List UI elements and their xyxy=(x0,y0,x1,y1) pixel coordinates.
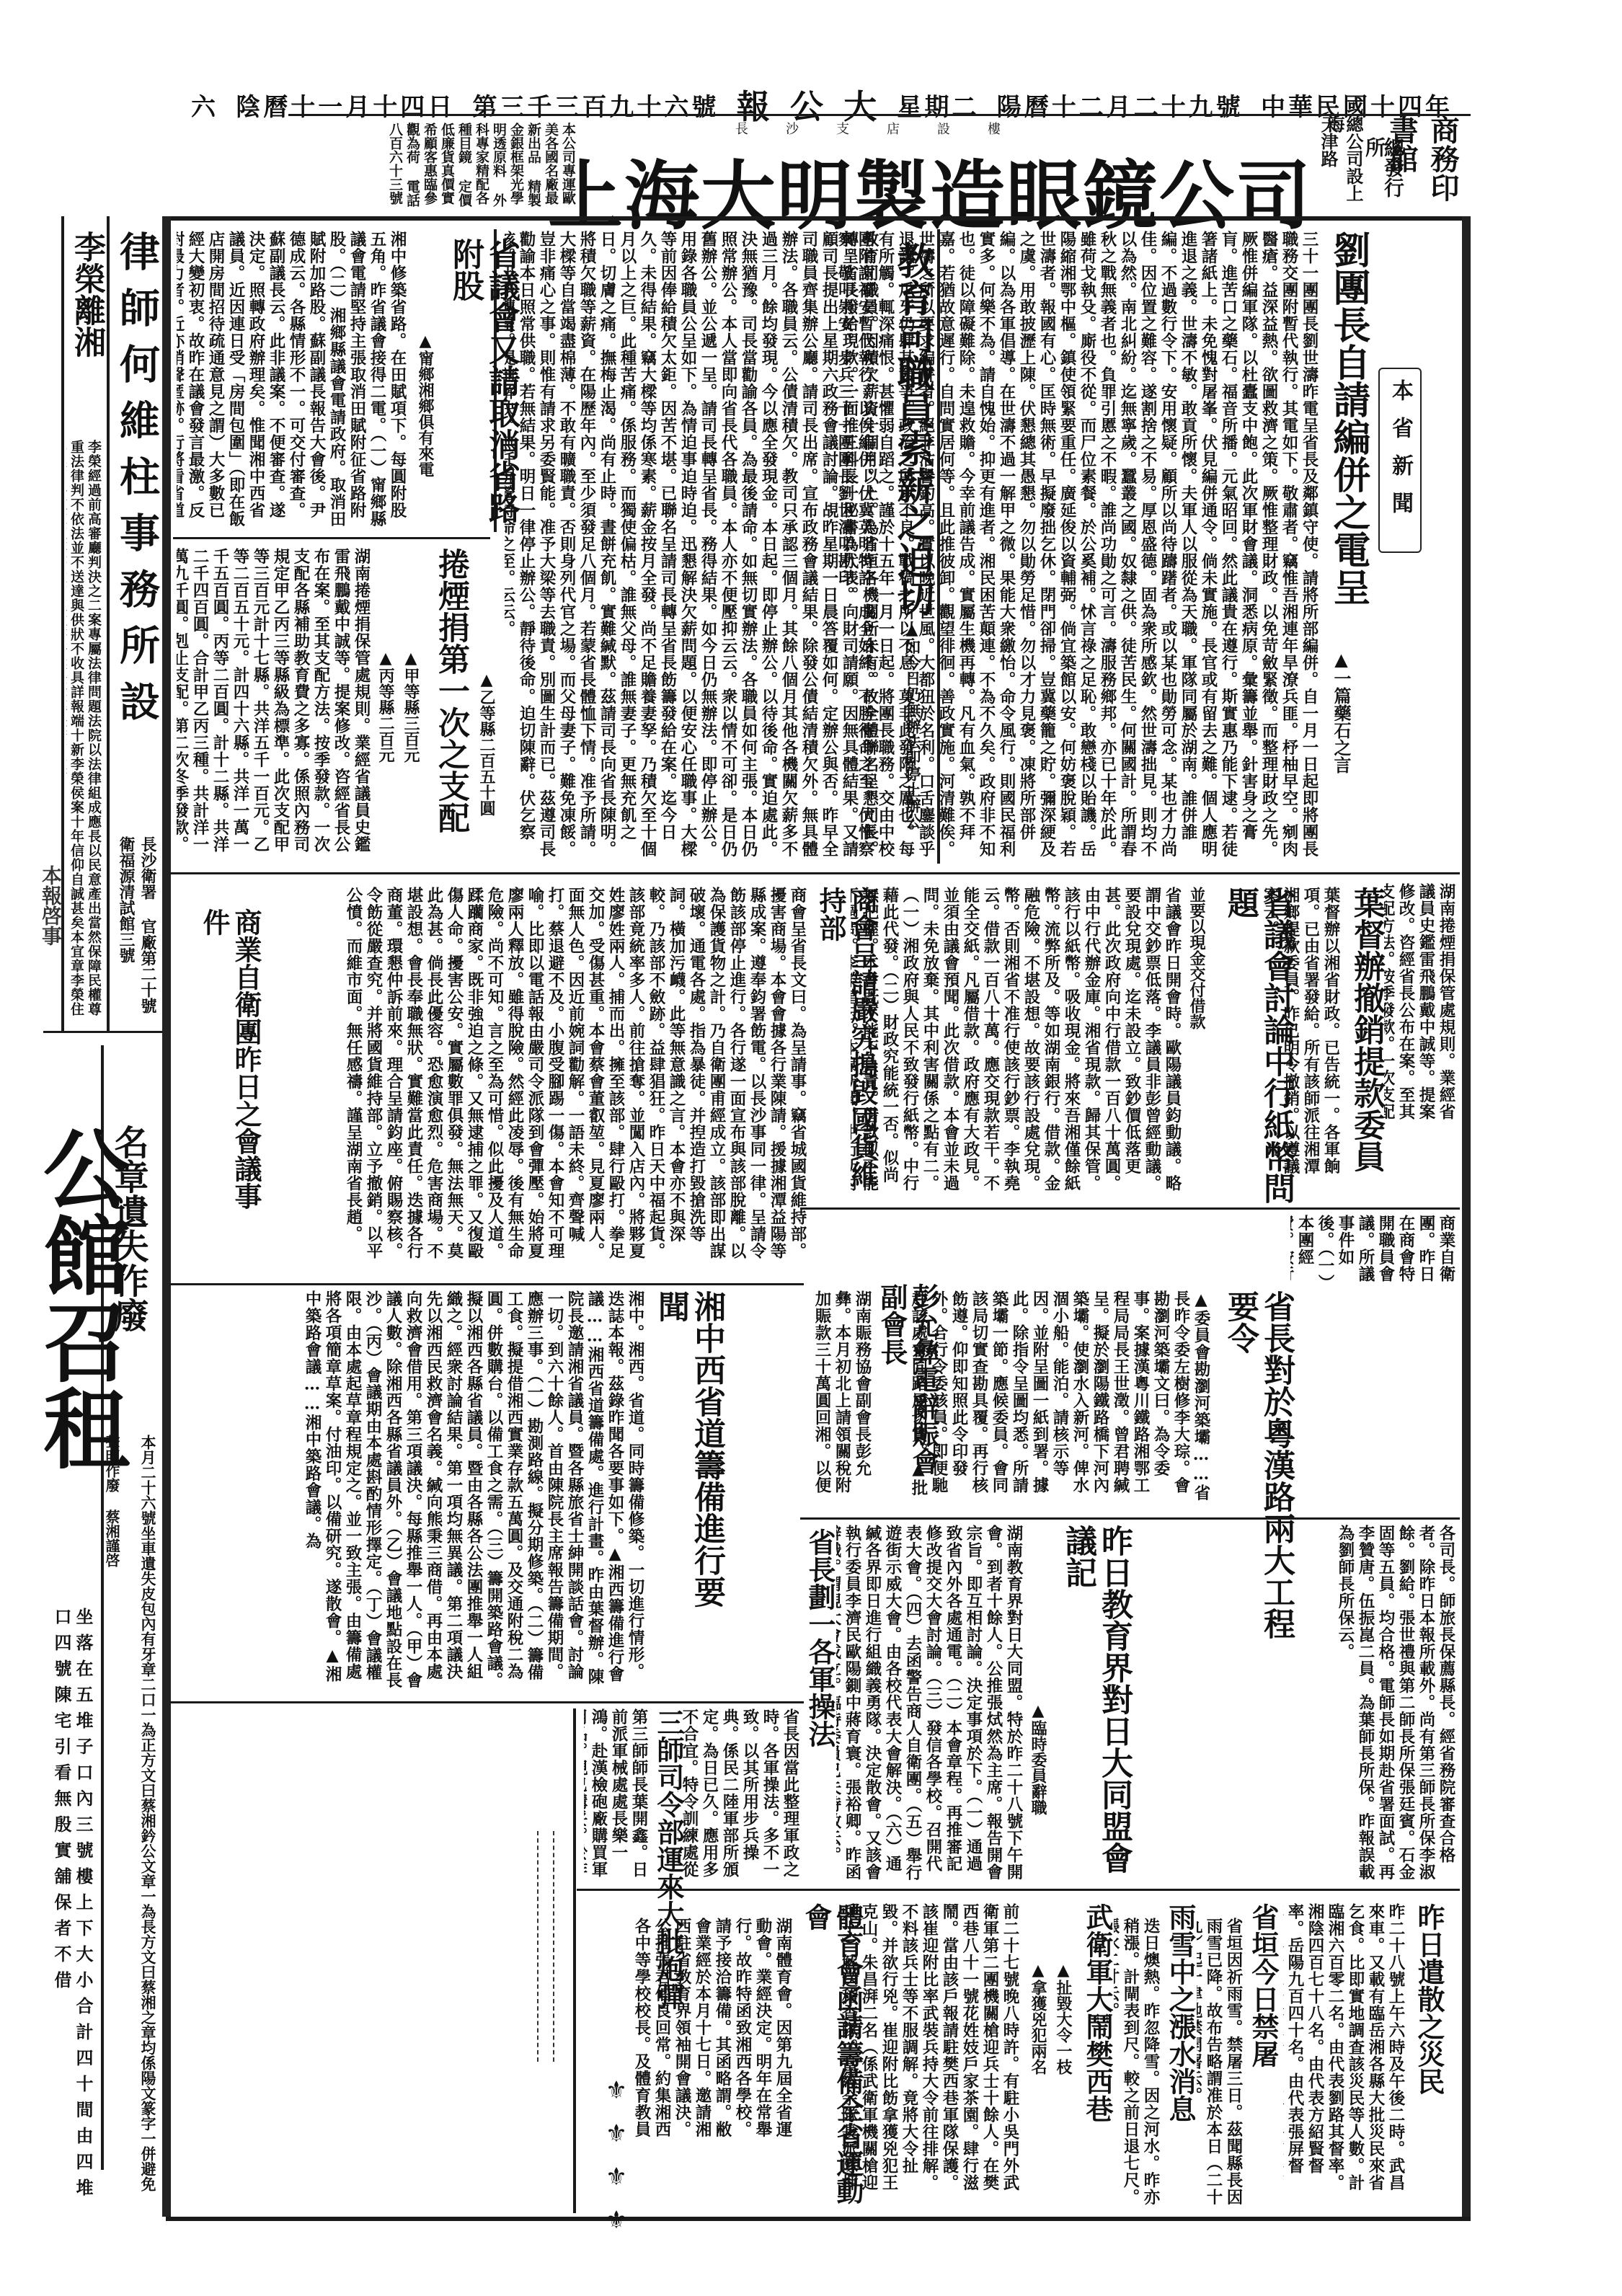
hall-rent-title: 公館召租 xyxy=(32,1125,126,1600)
masthead-rule xyxy=(288,114,1471,116)
article-body: 省長因當此整理軍政之時。各軍操法。多不一致。以其所用步兵操典。係民二陸軍部所頒定… xyxy=(678,1708,800,1881)
li-notice-title: 李榮離湘 xyxy=(68,231,105,433)
article-body-continued: 湖南捲煙捐保管處規則。業經省議員史鑑雷飛鵬戴中誠等。提案修改。咨經省長公布在案。… xyxy=(1384,883,1456,1132)
article-divider xyxy=(173,537,490,539)
lawyer-ad-title: 律師何維柱事務所設 xyxy=(115,231,159,829)
article-subhead: ▲臨時委員辭職 xyxy=(1027,1701,1049,1845)
optical-ad-address-strip: 長沙支店設樓 xyxy=(735,119,1038,138)
article-body: 前二十七號晚八時許。有駐小吳門外武衛軍第二團機關槍迎兵士十餘人。在樊西巷八十一號… xyxy=(840,1903,1020,2206)
lawyer-ad-detail: 衛福源清試館三號 xyxy=(115,836,137,1024)
row-divider xyxy=(169,1701,804,1703)
article-subhead: 並要以現金交付借款 xyxy=(1186,887,1207,1103)
masthead-issue-number: 第三千三百九十六號 xyxy=(473,87,719,123)
left-ad-divider-2 xyxy=(107,216,110,1031)
article-subhead: ▲如今日仍無辦法即停止辦公 xyxy=(901,620,923,865)
article-headline: 昨日遣散之災民 xyxy=(1413,1903,1445,2163)
article-body: 商業自衛團。昨日在商會特開職員會議。所議事件如後。（一）本團經費。按行業之大小分… xyxy=(1290,1215,1456,1294)
article-body: 湖南教育界對日大同盟。特於昨二十八號下午開會。到者十餘人。公推張烒然為主席。報告… xyxy=(836,1525,1024,1885)
left-ad-hrule xyxy=(43,1031,162,1033)
article-subhead-c: ▲丙等縣二百元 xyxy=(375,649,396,793)
article-headline: 省議會又請取消省路附股 xyxy=(447,238,519,541)
column-divider xyxy=(573,1708,576,2213)
masthead-lunar-date: 陰曆十一月十四日 xyxy=(236,87,455,123)
article-subhead-a: ▲扯毀大令一枝 xyxy=(1052,1961,1074,2105)
optical-ad-title: 上海大明製造眼鏡公司 xyxy=(591,136,1312,244)
hall-rent-body: 坐落在五堆子口內三號樓上下大小合計四十間由四堆口四號陳宅引看無殷實舖保者不借 xyxy=(29,1608,94,2213)
row-divider xyxy=(577,1889,1460,1891)
article-body: 迭日燠熱。昨忽降雪。因之河水。昨亦稍漲。計閘表到尺。較之前日退七尺。漲水二寸云。 xyxy=(1114,1918,1161,2206)
article-body: 省垣因祈雨雪。禁屠三日。茲聞縣長因雨雪已降。故布告略謂准於本日（二十九）起一律弛… xyxy=(1197,1918,1244,2206)
li-notice-body: 李榮經過前高審廳判決之二案專屬法律問題法院以法律組成應長以民意產出當然保障民權尊… xyxy=(66,440,102,1016)
article-body: 第三師師長葉開鑫。日前派軍械處處長樂一鴻。赴漢檢砲廠購買軍用品。現已購妥。於昨日… xyxy=(584,1708,649,1881)
article-body xyxy=(177,1723,472,2177)
article-divider xyxy=(800,1207,1460,1210)
optical-ad-copy: 本公司專運歐美各國名廠最新出品 精製金銀框架光學明透原料 外科專家精配各種目鏡 … xyxy=(187,123,577,216)
left-ad-divider xyxy=(162,216,171,2217)
article-subhead: ▲一篇藥石之言 xyxy=(1330,649,1352,836)
article-subhead-b: ▲拿獲兇犯兩名 xyxy=(1027,1961,1049,2105)
right-frame-rule xyxy=(1462,216,1471,2217)
article-headline: 教育司職員索薪之迫切 xyxy=(890,241,934,645)
article-headline: 葉督辦撤銷提款委員 xyxy=(1348,887,1384,1189)
article-subhead-b: ▲乙等縣二百五十圓 xyxy=(476,670,497,858)
bureau-ad-subtitle: 總發行所 xyxy=(1365,137,1402,202)
article-headline: 省議會討論中行紙幣問題 xyxy=(1222,887,1294,1204)
article-body: 各司長。師旅長保薦縣長。經省務院審查合格者。除昨日本報所載外。尚有第三師長所保李… xyxy=(1103,1525,1456,1885)
article-body: 商會呈省長文曰。為呈請事。竊省城國貨維持部。擾害商場。本會會據各行業陳請。援據湘… xyxy=(187,887,807,1269)
article-headline: 省長劃一各軍操法 xyxy=(804,1528,836,1788)
bureau-ad: 商務印書館 總發行所 總公司設上海 天津路 xyxy=(1305,115,1463,202)
article-headline: 商業自衛團昨日之會議事件 xyxy=(198,908,262,1225)
masthead-page-marker: 六 xyxy=(191,87,218,123)
article-subhead-a: ▲甲等縣三百元 xyxy=(400,649,422,793)
row-divider xyxy=(169,872,1460,874)
article-subhead: ▲甯鄉湘鄉俱有來電 xyxy=(415,332,436,519)
article-headline: 商會呈請嚴究搗毀國貨維持部 xyxy=(815,887,878,1204)
article-headline: 體育會函請籌備全省運動會 xyxy=(800,1903,864,2206)
top-frame-rule xyxy=(166,216,1471,221)
masthead-solar-date: 陽曆十二月二十九號 xyxy=(997,87,1244,123)
fleuron-ornament: ⚜⚜⚜⚜ xyxy=(602,2076,631,2206)
notice-strip: 本報啓事 xyxy=(36,865,65,1024)
column-divider xyxy=(937,229,940,864)
article-headline: 武衛軍大鬧樊西巷 xyxy=(1081,1903,1113,2163)
bureau-ad-line-2: 天津路 xyxy=(1319,115,1337,202)
article-body: 湖南體育會。因第九屆全省運動會。業經決定。明年在常舉行。故昨特函致湘西各學校。請… xyxy=(634,1918,793,2148)
lawyer-ad-address: 長沙衛署 官廠第二十號 xyxy=(137,836,159,1024)
article-headline: 省垣今日禁屠 xyxy=(1247,1903,1279,2119)
article-body: ▲委員會勘瀏河築壩……省長昨令委左樹修李大琮。會勘瀏河築壩文曰。為令委事。案據漢… xyxy=(908,1290,1211,1507)
article-body: 省議會昨日開會時。歐陽議員鈞動議。略謂中交鈔票低落。李議員非彭曾經動議。要設兌現… xyxy=(851,887,1182,1197)
article-headline: 劉團長自請編併之電呈 xyxy=(1326,231,1370,634)
article-headline: 湘中西省道籌備進行要聞 xyxy=(652,1290,724,1622)
article-body: 湖南捲煙捐保管處規則。業經省議員史鑑雷飛鵬戴中誠等。提案修改。咨經省長公布在案。… xyxy=(177,548,371,865)
article-body: 湘中修築省路。在田賦項下。每圓附股五角。昨省議會接得二電。（一）甯鄉縣議會電請堅… xyxy=(177,231,407,533)
article-headline: 彭允彝電辭賑會副會長 xyxy=(876,1283,939,1499)
article-divider xyxy=(800,1517,1460,1520)
masthead-weekday: 星期二 xyxy=(898,87,980,123)
school-survey-section-label xyxy=(537,1831,554,2062)
article-headline: 捲煙捐第一次之支配 xyxy=(433,548,469,865)
row-divider xyxy=(169,1283,804,1285)
article-body: 昨二十八號上午六時及午後二時。武昌來車。又載有臨岳湘各縣大批災民來省乞食。比即實… xyxy=(1283,1903,1406,2206)
bottom-frame-rule xyxy=(166,2217,1471,2221)
article-body: 湘中。湘西。省道。同時籌備修築。一切進行情形。迭誌本報。茲錄昨聞各要事如下。▲湘… xyxy=(177,1290,645,1694)
article-body: 教育司職員。因積欠薪資十個月以上。為省垣各機關所未有。故全體聯名呈懇司長。轉呈省… xyxy=(505,231,879,865)
article-headline: 雨雪中之漲水消息 xyxy=(1164,1903,1196,2163)
section-tag-provincial-news: 本省新聞 xyxy=(1378,368,1422,553)
